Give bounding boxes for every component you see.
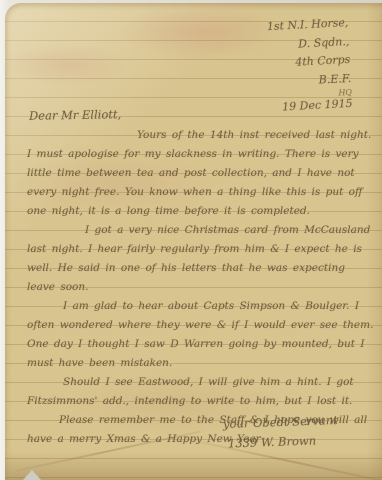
- paragraph-2: I got a very nice Christmas card from Mc…: [27, 221, 377, 297]
- letter-paper: 1st N.I. Horse, D. Sqdn., 4th Corps B.E.…: [5, 3, 382, 480]
- salutation: Dear Mr Elliott,: [29, 107, 121, 123]
- letter-header: 1st N.I. Horse, D. Sqdn., 4th Corps B.E.…: [266, 14, 352, 115]
- letter-body: Yours of the 14th inst received last nig…: [27, 126, 377, 449]
- paragraph-1: Yours of the 14th inst received last nig…: [27, 126, 377, 221]
- paragraph-3: I am glad to hear about Capts Simpson & …: [27, 297, 377, 373]
- paragraph-4: Should I see Eastwood, I will give him a…: [27, 373, 377, 411]
- scanned-letter: 1st N.I. Horse, D. Sqdn., 4th Corps B.E.…: [0, 0, 382, 480]
- corner-fold: [23, 470, 41, 480]
